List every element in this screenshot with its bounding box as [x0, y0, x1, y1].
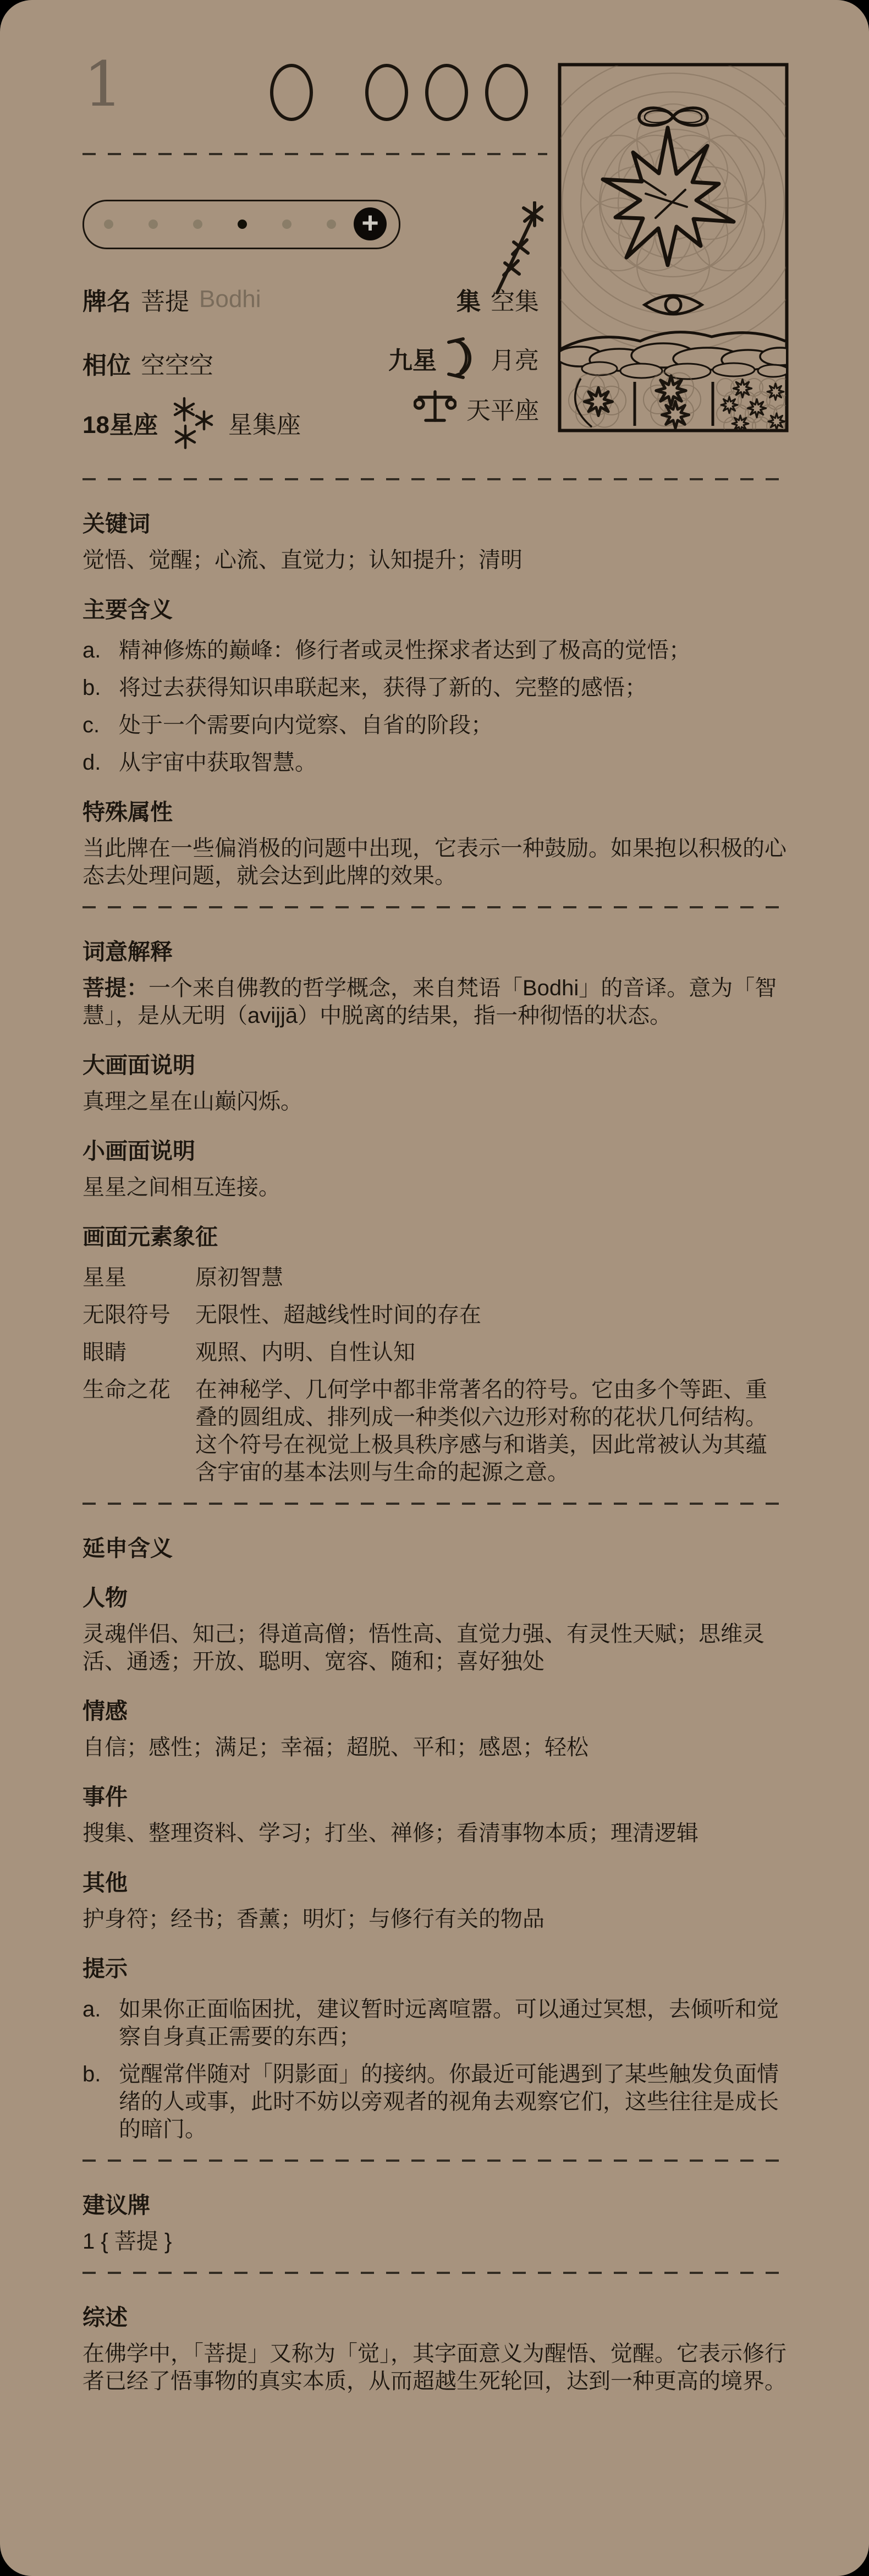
list-item: a. 精神修炼的巅峰：修行者或灵性探求者达到了极高的觉悟； [82, 637, 787, 664]
symbol-row: 星星 原初智慧 [82, 1264, 787, 1291]
progress-dot-3[interactable] [193, 220, 202, 229]
small-picture-text: 星星之间相互连接。 [82, 1174, 787, 1201]
emotion-text: 自信；感性；满足；幸福；超脱、平和；感恩；轻松 [82, 1734, 787, 1761]
info-row-set: 集 空集 [308, 282, 539, 317]
info-row-phase: 相位 空空空 [82, 346, 213, 381]
ninestar-value: 月亮 [491, 341, 539, 376]
list-item: d. 从宇宙中获取智慧。 [82, 749, 787, 776]
set-label: 集 [457, 282, 481, 317]
small-picture-title: 小画面说明 [82, 1137, 787, 1165]
extended-title: 延申含义 [82, 1534, 787, 1562]
constellation-value: 星集座 [228, 405, 301, 440]
people-text: 灵魂伴侣、知己；得道高僧；悟性高、直觉力强、有灵性天赋；思维灵活、通透；开放、聪… [82, 1620, 787, 1675]
tip-item: a. 如果你正面临困扰，建议暂时远离喧嚣。可以通过冥想，去倾听和觉察自身真正需要… [82, 1996, 787, 2051]
group-circle-icon-1 [365, 64, 408, 121]
header-divider [82, 153, 547, 155]
suggestion-text: 1 { 菩提 } [82, 2228, 787, 2255]
section-divider [82, 2160, 787, 2162]
info-row-name: 牌名 菩提 Bodhi [82, 282, 261, 317]
name-label: 牌名 [82, 282, 131, 317]
progress-dot-5[interactable] [282, 220, 291, 229]
tip-item: b. 觉醒常伴随对「阴影面」的接纳。你最近可能遇到了某些触发负面情绪的人或事，此… [82, 2060, 787, 2143]
big-picture-title: 大画面说明 [82, 1051, 787, 1079]
other-title: 其他 [82, 1869, 787, 1897]
symbols-title: 画面元素象征 [82, 1223, 787, 1251]
progress-dot-1[interactable] [104, 220, 113, 229]
content: 关键词 觉悟、觉醒；心流、直觉力；认知提升；清明 主要含义 a. 精神修炼的巅峰… [82, 480, 787, 2395]
progress-slider[interactable]: + [82, 200, 400, 249]
oracle-card-page: 1 + [0, 0, 869, 2576]
progress-dot-4-active[interactable] [238, 220, 247, 229]
event-text: 搜集、整理资料、学习；打坐、禅修；看清事物本质；理清逻辑 [82, 1819, 787, 1847]
group-circle-icon-3 [485, 64, 528, 121]
list-item: c. 处于一个需要向内觉察、自省的阶段； [82, 711, 787, 739]
constellation-label: 18星座 [82, 405, 158, 440]
keywords-text: 觉悟、觉醒；心流、直觉力；认知提升；清明 [82, 546, 787, 574]
info-row-zodiac: 天平座 [308, 388, 539, 428]
name-value: 菩提 [141, 282, 189, 317]
star-cluster-icon [168, 395, 218, 450]
word-term: 菩提： [82, 976, 148, 1000]
group-circle-icon-2 [425, 64, 468, 121]
keywords-title: 关键词 [82, 510, 787, 538]
ninestar-label: 九星 [388, 341, 437, 376]
list-item: b. 将过去获得知识串联起来，获得了新的、完整的感悟； [82, 674, 787, 701]
emotion-title: 情感 [82, 1697, 787, 1725]
header: 1 + [0, 0, 869, 480]
moon-icon [447, 337, 481, 380]
summary-title: 综述 [82, 2304, 787, 2331]
set-value: 空集 [491, 282, 539, 317]
section-divider [82, 1503, 787, 1505]
name-latin: Bodhi [199, 286, 261, 313]
suggestion-title: 建议牌 [82, 2191, 787, 2219]
progress-dot-2[interactable] [148, 220, 158, 229]
libra-scales-icon [414, 388, 457, 428]
special-title: 特殊属性 [82, 798, 787, 826]
section-divider [82, 906, 787, 908]
main-meaning-title: 主要含义 [82, 596, 787, 623]
people-title: 人物 [82, 1584, 787, 1612]
word-explain-text: 菩提：一个来自佛教的哲学概念，来自梵语「Bodhi」的音译。意为「智慧」，是从无… [82, 974, 787, 1029]
big-picture-text: 真理之星在山巅闪烁。 [82, 1088, 787, 1115]
symbol-row: 眼睛 观照、内明、自性认知 [82, 1339, 787, 1366]
progress-dot-6[interactable] [327, 220, 336, 229]
special-text: 当此牌在一些偏消极的问题中出现，它表示一种鼓励。如果抱以积极的心态去处理问题，就… [82, 835, 787, 890]
tips-title: 提示 [82, 1955, 787, 1982]
zodiac-value: 天平座 [466, 391, 539, 426]
word-explain-title: 词意解释 [82, 938, 787, 966]
phase-value: 空空空 [141, 346, 213, 381]
card-artwork [558, 63, 789, 432]
phase-label: 相位 [82, 346, 131, 381]
info-row-ninestar: 九星 月亮 [308, 337, 539, 380]
symbol-row: 无限符号 无限性、超越线性时间的存在 [82, 1301, 787, 1329]
plus-button[interactable]: + [354, 207, 387, 240]
symbol-row: 生命之花 在神秘学、几何学中都非常著名的符号。它由多个等距、重叠的圆组成、排列成… [82, 1376, 787, 1486]
other-text: 护身符；经书；香薰；明灯；与修行有关的物品 [82, 1905, 787, 1933]
small-star [585, 388, 613, 416]
section-divider [82, 2272, 787, 2274]
plus-icon: + [354, 207, 387, 240]
info-row-constellation: 18星座 星集座 [82, 395, 301, 450]
single-circle-icon [270, 64, 313, 121]
event-title: 事件 [82, 1783, 787, 1811]
summary-text: 在佛学中，「菩提」又称为「觉」，其字面意义为醒悟、觉醒。它表示修行者已经了悟事物… [82, 2340, 787, 2395]
card-number: 1 [84, 54, 123, 116]
